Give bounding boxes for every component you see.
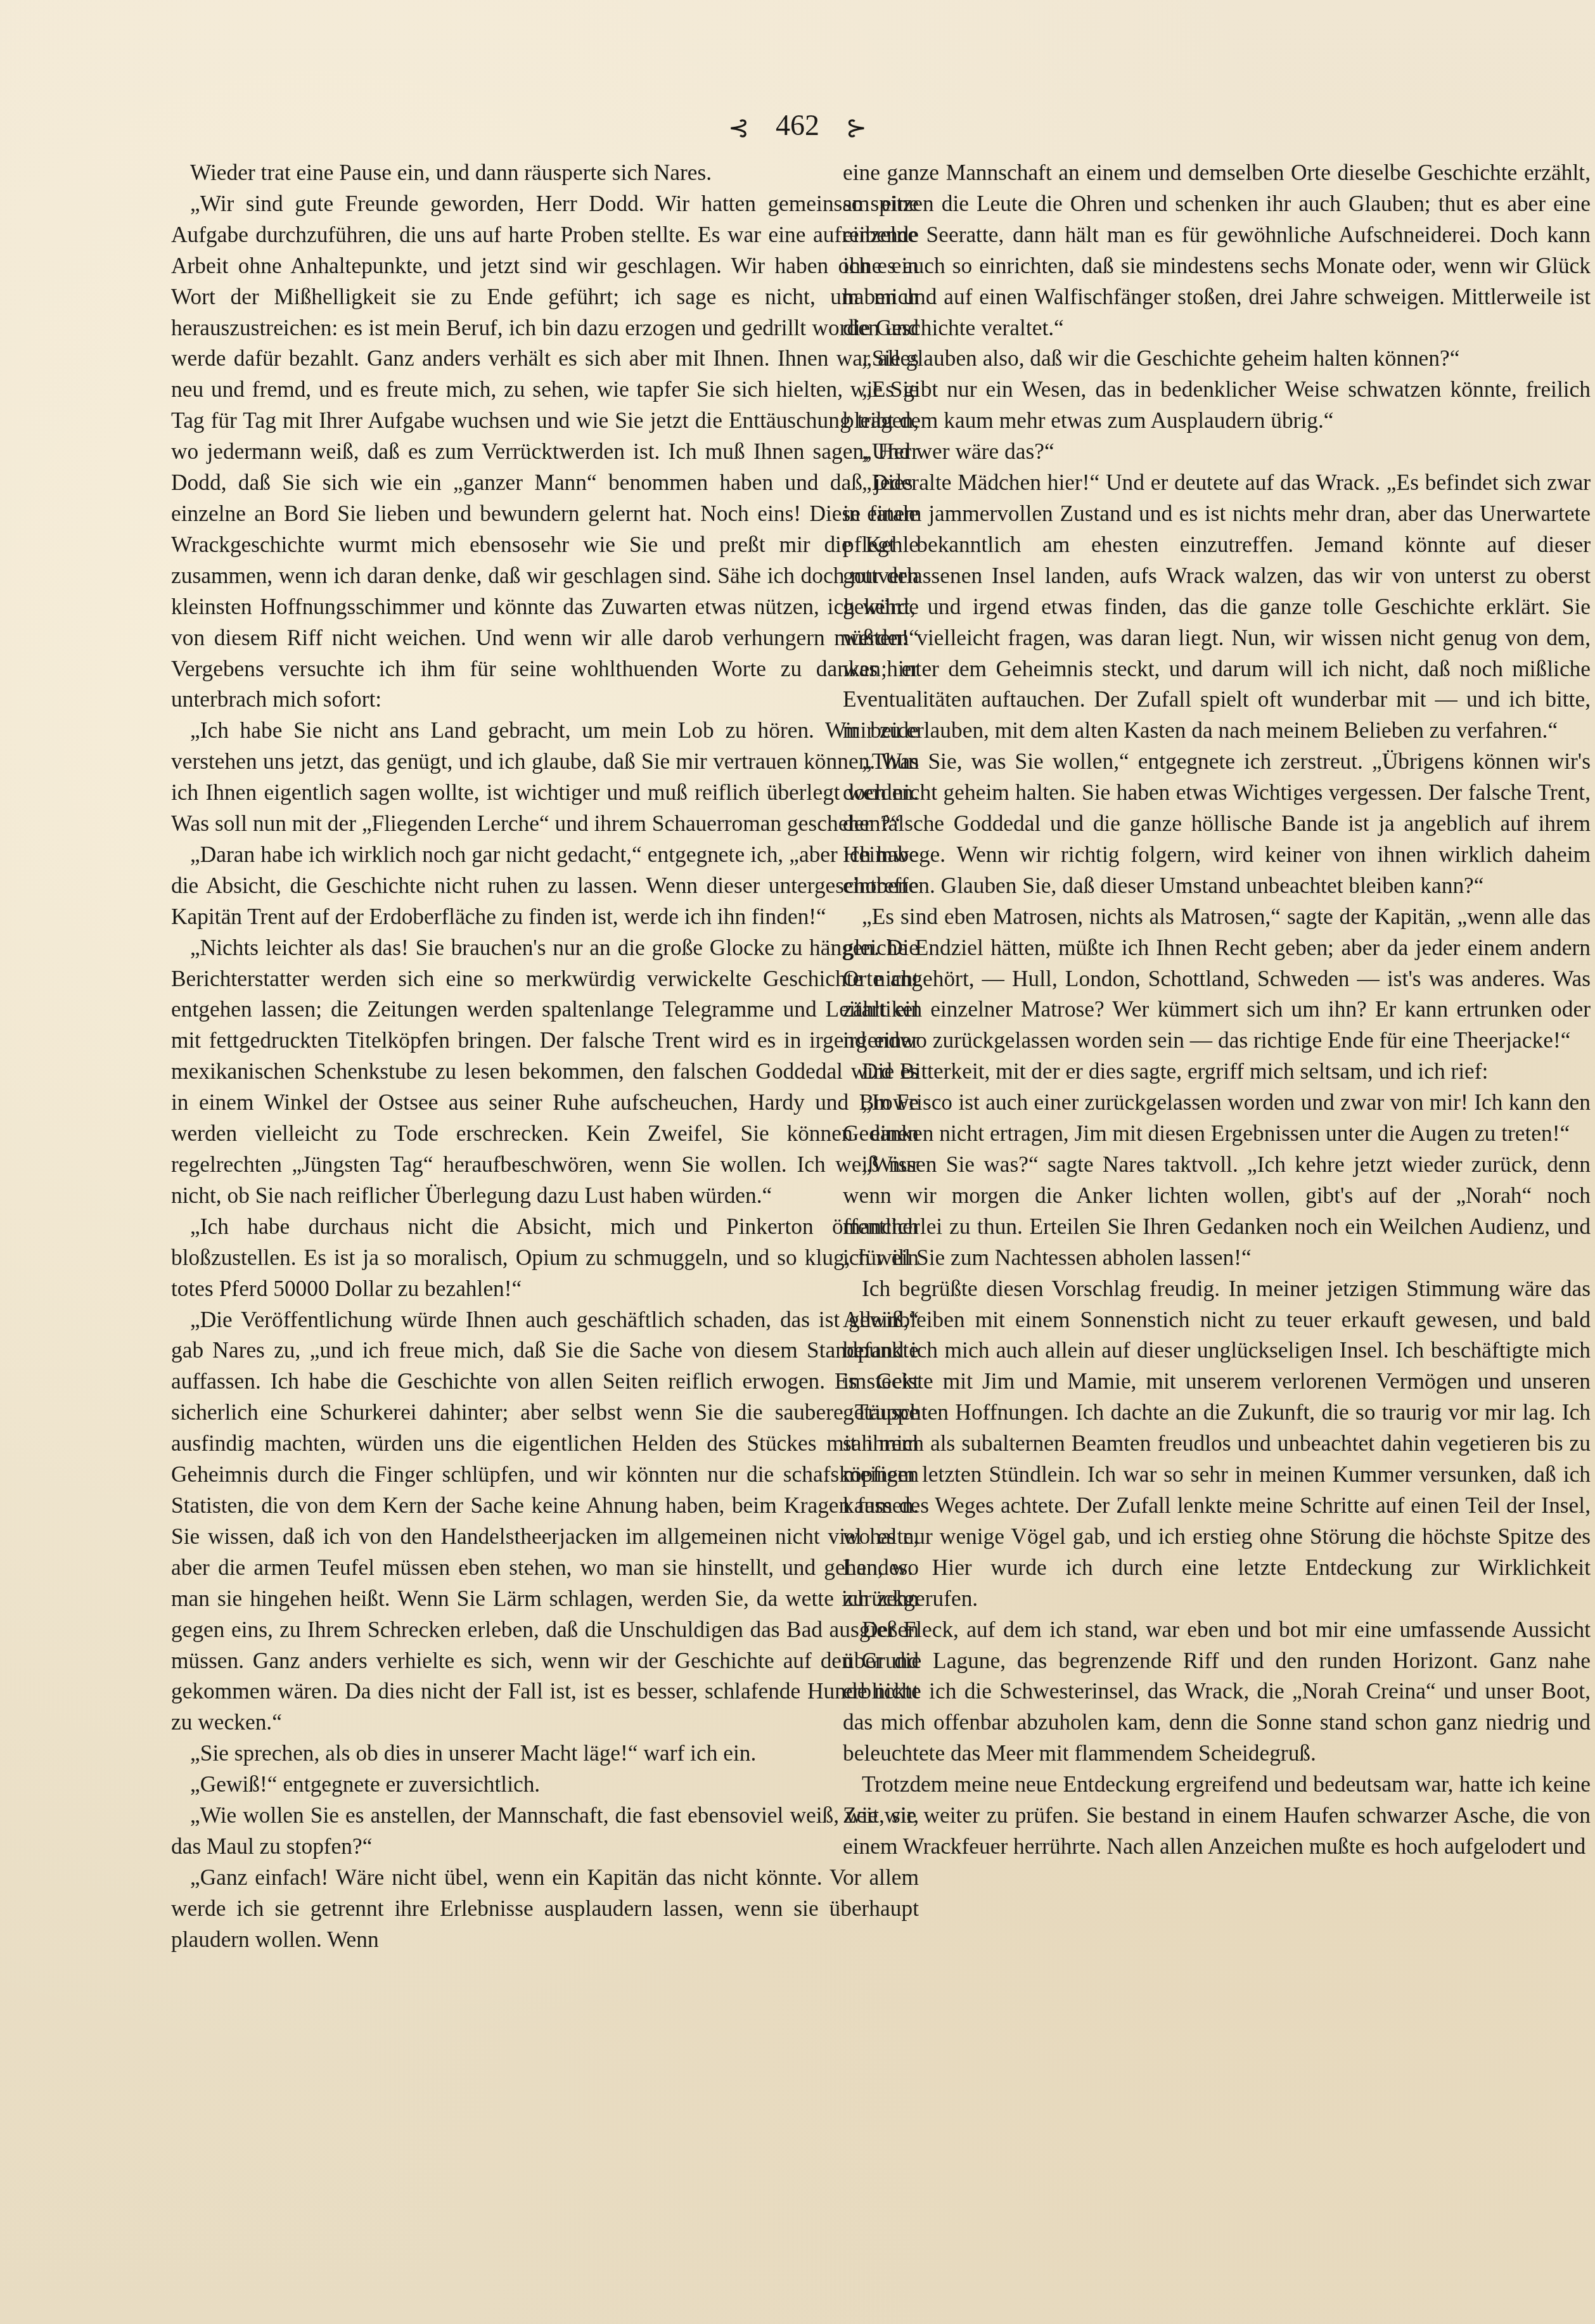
paragraph: „Es gibt nur ein Wesen, das in bedenklic… xyxy=(843,374,1591,436)
paragraph: „Wir sind gute Freunde geworden, Herr Do… xyxy=(171,188,919,715)
paragraph-continuation: eine ganze Mannschaft an einem und demse… xyxy=(843,157,1591,343)
paragraph: „Daran habe ich wirklich noch gar nicht … xyxy=(171,839,919,932)
paragraph: „Wie wollen Sie es anstellen, der Mannsc… xyxy=(171,1800,919,1862)
paragraph: „Sie glauben also, daß wir die Geschicht… xyxy=(843,343,1591,374)
left-text-column: Wieder trat eine Pause ein, und dann räu… xyxy=(171,157,919,1955)
paragraph: Wieder trat eine Pause ein, und dann räu… xyxy=(171,157,919,188)
paragraph: „Gewiß!“ entgegnete er zuversichtlich. xyxy=(171,1769,919,1800)
paragraph: „Dies alte Mädchen hier!“ Und er deutete… xyxy=(843,467,1591,746)
paragraph: „Und wer wäre das?“ xyxy=(843,436,1591,467)
paragraph: „Nichts leichter als das! Sie brauchen's… xyxy=(171,932,919,1211)
paragraph: Trotzdem meine neue Entdeckung ergreifen… xyxy=(843,1769,1591,1862)
paragraph: „Thun Sie, was Sie wollen,“ entgegnete i… xyxy=(843,746,1591,901)
right-text-column: eine ganze Mannschaft an einem und demse… xyxy=(843,157,1591,1862)
ornament-left-icon: ⊰ xyxy=(728,109,750,147)
paragraph: „Ich habe durchaus nicht die Absicht, mi… xyxy=(171,1211,919,1304)
paragraph: „Sie sprechen, als ob dies in unserer Ma… xyxy=(171,1738,919,1769)
paragraph: „In Frisco ist auch einer zurückgelassen… xyxy=(843,1087,1591,1149)
paragraph: „Wissen Sie was?“ sagte Nares taktvoll. … xyxy=(843,1149,1591,1273)
paragraph: „Es sind eben Matrosen, nichts als Matro… xyxy=(843,901,1591,1056)
paragraph: „Ganz einfach! Wäre nicht übel, wenn ein… xyxy=(171,1862,919,1955)
paragraph: Ich begrüßte diesen Vorschlag freudig. I… xyxy=(843,1273,1591,1614)
paragraph: Die Bitterkeit, mit der er dies sagte, e… xyxy=(843,1056,1591,1087)
paragraph: Der Fleck, auf dem ich stand, war eben u… xyxy=(843,1614,1591,1769)
page-number-header: ⊰ 462 ⊱ xyxy=(0,106,1595,147)
page-number: 462 xyxy=(776,109,819,141)
ornament-right-icon: ⊱ xyxy=(846,109,868,147)
paragraph: „Die Veröffentlichung würde Ihnen auch g… xyxy=(171,1304,919,1738)
paragraph: „Ich habe Sie nicht ans Land gebracht, u… xyxy=(171,715,919,839)
